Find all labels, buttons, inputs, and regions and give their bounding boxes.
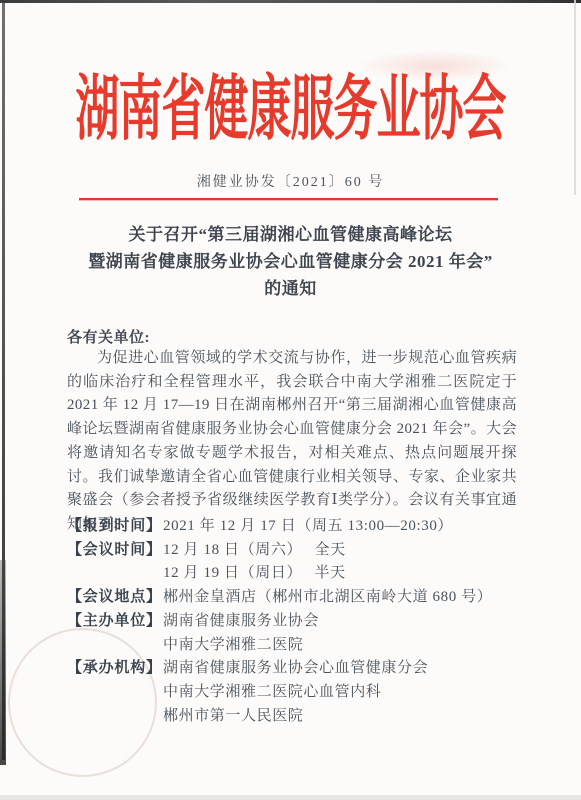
detail-value-line: 郴州市第一人民医院 — [163, 705, 428, 729]
notice-title-line-1: 关于召开“第三届湖湘心血管健康高峰论坛 — [0, 221, 581, 248]
detail-label: 【承办机构】 — [67, 657, 163, 681]
scan-edge-top — [0, 0, 581, 3]
detail-values: 2021 年 12 月 17 日（周五 13:00—20:30） — [163, 515, 453, 539]
detail-value-line: 湖南省健康服务业协会心血管健康分会 — [163, 657, 428, 681]
org-title: 湖南省健康服务业协会 — [0, 68, 581, 152]
detail-row-undertaking-organizations: 【承办机构】 湖南省健康服务业协会心血管健康分会 中南大学湘雅二医院心血管内科 … — [67, 657, 537, 728]
doc-number: 湘健业协发〔2021〕60 号 — [0, 171, 581, 191]
detail-row-checkin-time: 【报到时间】 2021 年 12 月 17 日（周五 13:00—20:30） — [67, 515, 537, 539]
salutation: 各有关单位: — [67, 326, 150, 347]
detail-value-line: 12 月 18 日（周六） 全天 — [163, 539, 346, 563]
detail-values: 湖南省健康服务业协会心血管健康分会 中南大学湘雅二医院心血管内科 郴州市第一人民… — [163, 657, 428, 728]
detail-label: 【主办单位】 — [67, 610, 163, 634]
detail-value-line: 湖南省健康服务业协会 — [163, 610, 319, 634]
detail-values: 12 月 18 日（周六） 全天 12 月 19 日（周日） 半天 — [163, 539, 346, 586]
meeting-details: 【报到时间】 2021 年 12 月 17 日（周五 13:00—20:30） … — [67, 515, 537, 728]
detail-value-line: 中南大学湘雅二医院心血管内科 — [163, 681, 428, 705]
detail-value-line: 2021 年 12 月 17 日（周五 13:00—20:30） — [163, 515, 453, 539]
detail-label: 【会议时间】 — [67, 539, 163, 563]
detail-label: 【报到时间】 — [67, 515, 163, 539]
notice-title: 关于召开“第三届湖湘心血管健康高峰论坛 暨湖南省健康服务业协会心血管健康分会 2… — [0, 221, 581, 302]
detail-values: 郴州金皇酒店（郴州市北湖区南岭大道 680 号） — [163, 586, 492, 610]
detail-values: 湖南省健康服务业协会 中南大学湘雅二医院 — [163, 610, 319, 657]
detail-value-line: 12 月 19 日（周日） 半天 — [163, 562, 346, 586]
detail-row-meeting-venue: 【会议地点】 郴州金皇酒店（郴州市北湖区南岭大道 680 号） — [67, 586, 537, 610]
detail-value-line: 中南大学湘雅二医院 — [163, 634, 319, 658]
body-paragraph: 为促进心血管领域的学术交流与协作，进一步规范心血管疾病的临床治疗和全程管理水平，… — [67, 347, 517, 537]
detail-row-host-organizations: 【主办单位】 湖南省健康服务业协会 中南大学湘雅二医院 — [67, 610, 537, 657]
detail-value-line: 郴州金皇酒店（郴州市北湖区南岭大道 680 号） — [163, 586, 492, 610]
scanned-notice-document: 湖南省健康服务业协会 湘健业协发〔2021〕60 号 关于召开“第三届湖湘心血管… — [0, 0, 581, 800]
notice-title-line-2: 暨湖南省健康服务业协会心血管健康分会 2021 年会” — [0, 248, 581, 275]
red-divider-rule — [79, 198, 498, 200]
detail-label: 【会议地点】 — [67, 586, 163, 610]
notice-title-line-3: 的通知 — [0, 275, 581, 302]
scan-edge-bottom — [0, 795, 581, 800]
detail-row-meeting-time: 【会议时间】 12 月 18 日（周六） 全天 12 月 19 日（周日） 半天 — [67, 539, 537, 586]
scan-edge-left-lower — [0, 560, 6, 765]
